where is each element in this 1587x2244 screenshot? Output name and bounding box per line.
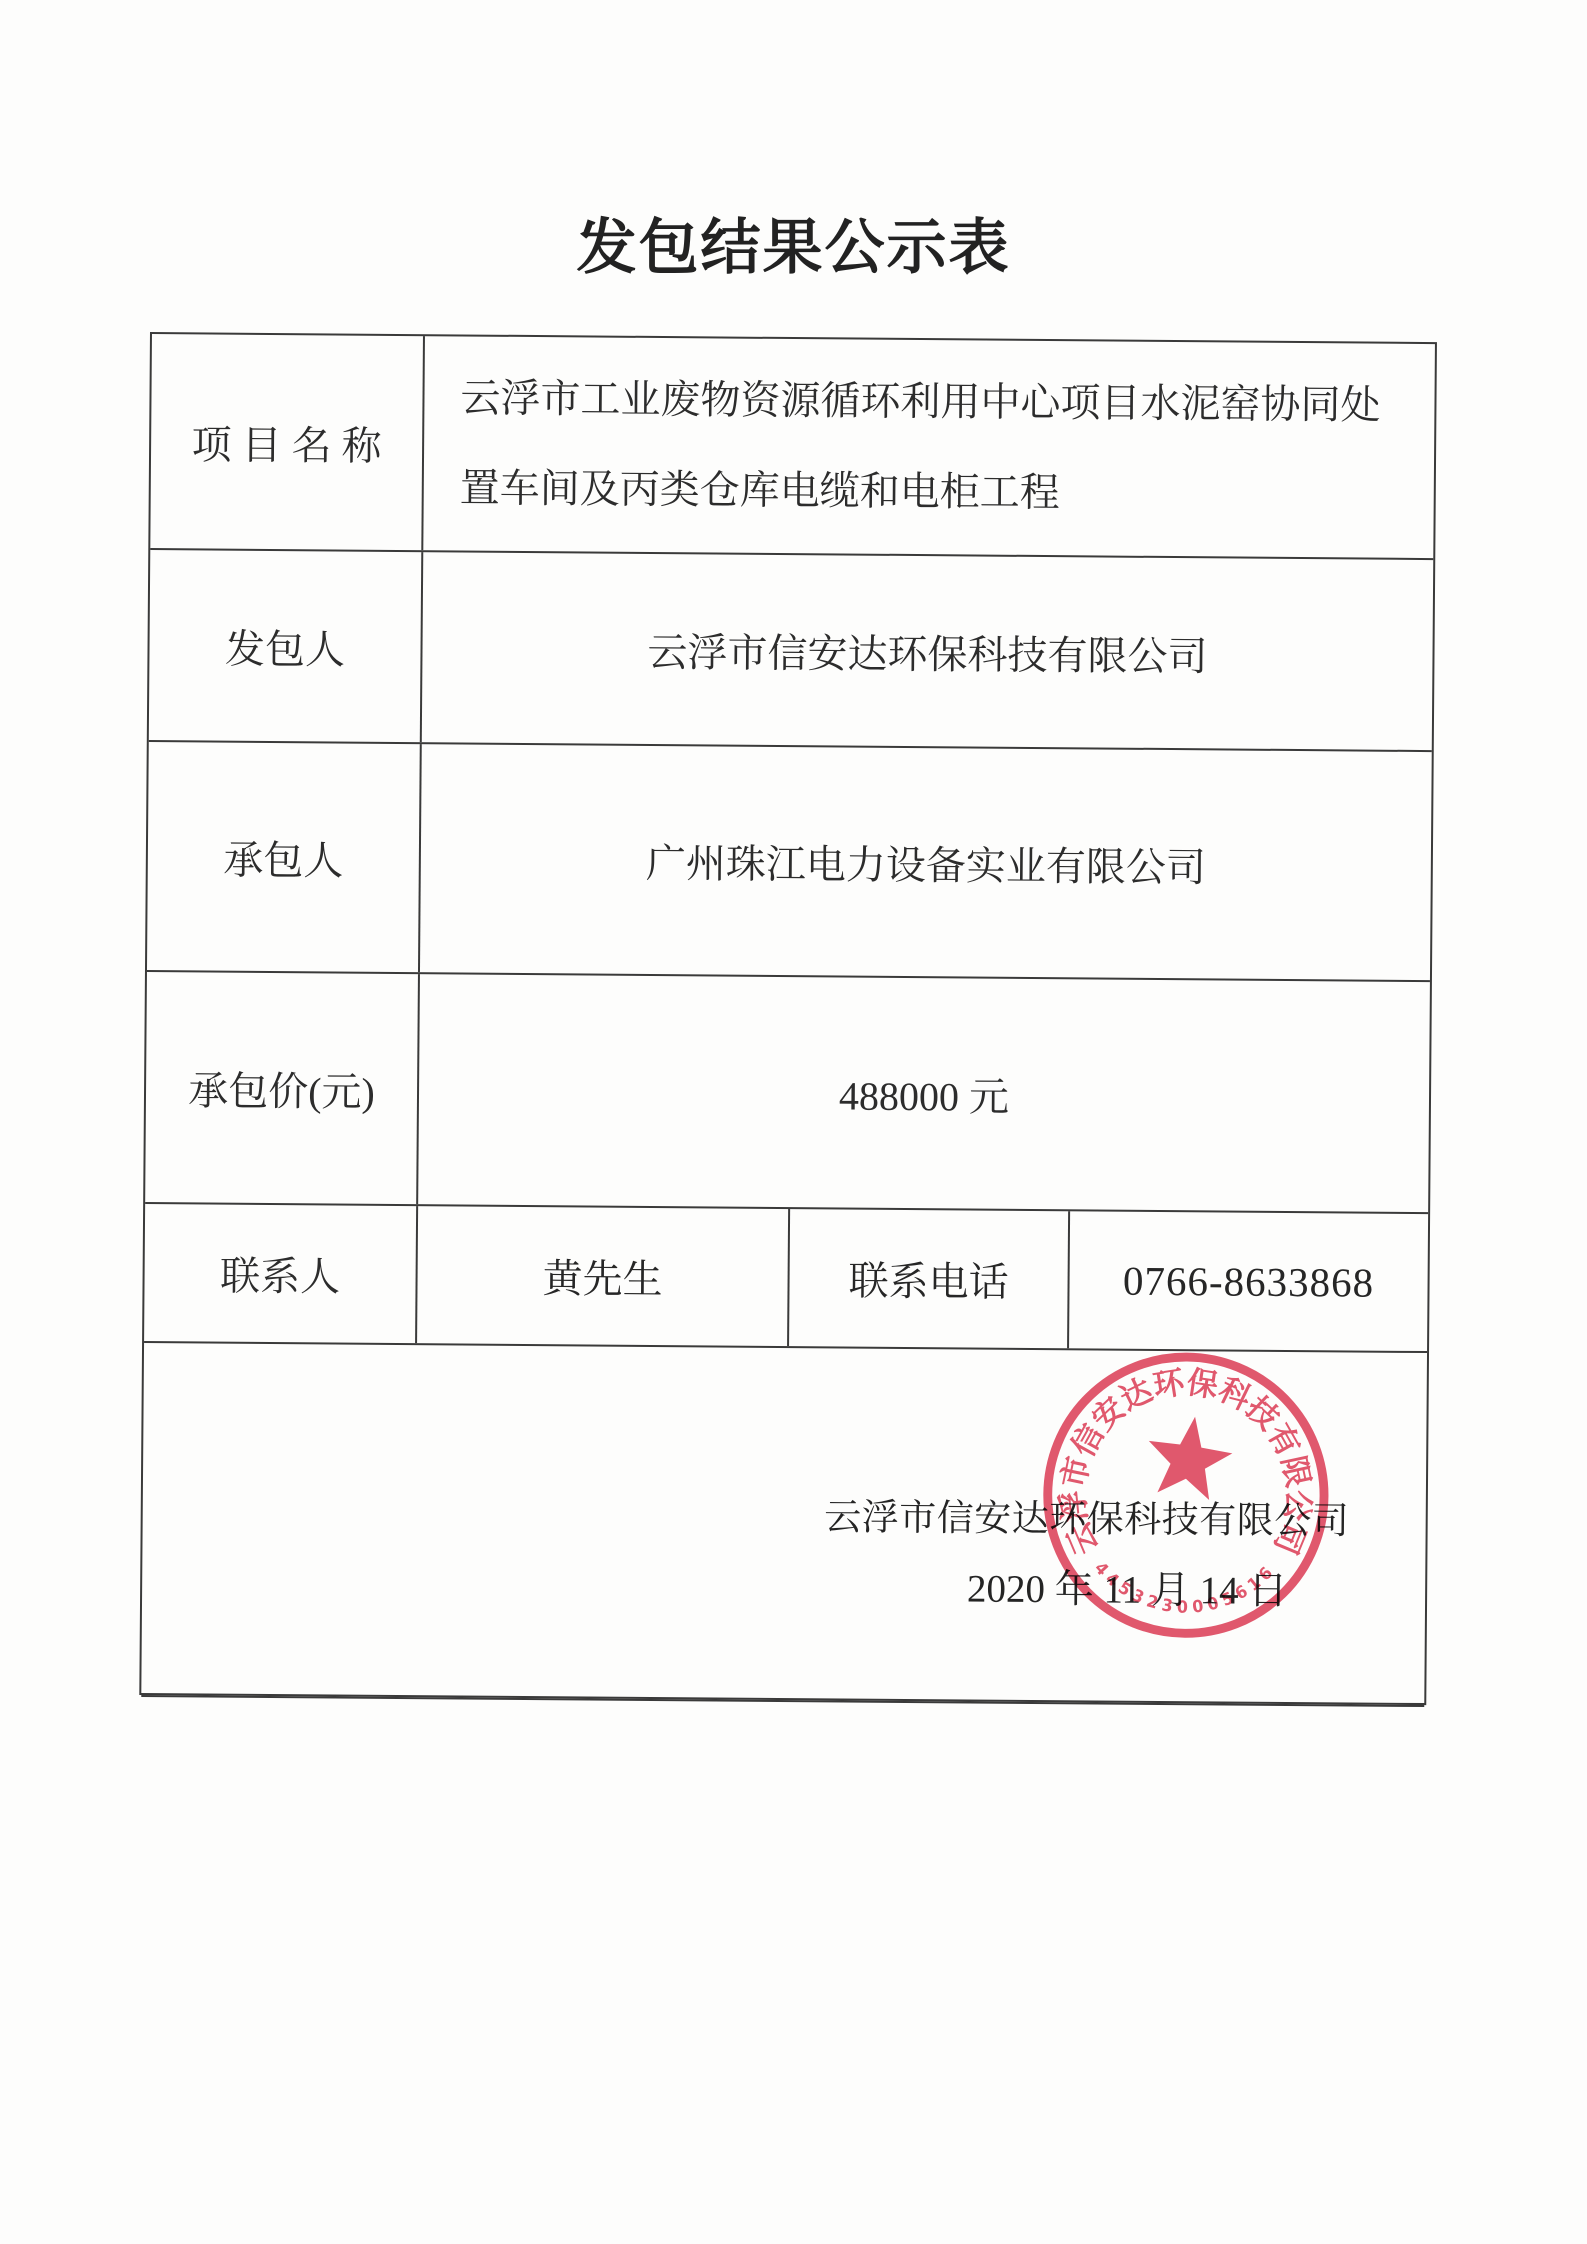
employer-value: 云浮市信安达环保科技有限公司 [422,552,1433,750]
table-row-employer: 发包人 云浮市信安达环保科技有限公司 [149,550,1433,752]
project-name-label: 项 目 名 称 [150,334,425,550]
table-row-contact: 联系人 黄先生 联系电话 0766-8633868 [144,1204,1428,1353]
seal-serial-number: 4453230005616 [1090,1558,1279,1618]
table-row-contractor: 承包人 广州珠江电力设备实业有限公司 [147,742,1432,982]
star-icon [1142,1411,1237,1503]
contractor-label: 承包人 [147,742,422,972]
employer-label: 发包人 [149,550,423,742]
table-row-project: 项 目 名 称 云浮市工业废物资源循环利用中心项目水泥窑协同处 置车间及丙类仓库… [150,334,1435,560]
contact-name: 黄先生 [417,1206,790,1346]
table-row-price: 承包价(元) 488000 元 [145,972,1430,1214]
company-seal-stamp: 云浮市信安达环保科技有限公司 4453230005616 [1037,1346,1335,1644]
contact-phone-label: 联系电话 [789,1209,1070,1348]
project-name-value: 云浮市工业废物资源循环利用中心项目水泥窑协同处 置车间及丙类仓库电缆和电柜工程 [423,336,1435,558]
project-name-line1: 云浮市工业废物资源循环利用中心项目水泥窑协同处 [460,353,1415,450]
award-result-table: 项 目 名 称 云浮市工业废物资源循环利用中心项目水泥窑协同处 置车间及丙类仓库… [139,332,1437,1705]
project-name-line2: 置车间及丙类仓库电缆和电柜工程 [459,443,1414,540]
contact-label: 联系人 [144,1204,418,1343]
contractor-value: 广州珠江电力设备实业有限公司 [420,744,1432,980]
price-label: 承包价(元) [145,972,420,1204]
price-value: 488000 元 [418,974,1430,1212]
contact-phone-value: 0766-8633868 [1069,1211,1428,1351]
page-title: 发包结果公示表 [0,200,1587,286]
